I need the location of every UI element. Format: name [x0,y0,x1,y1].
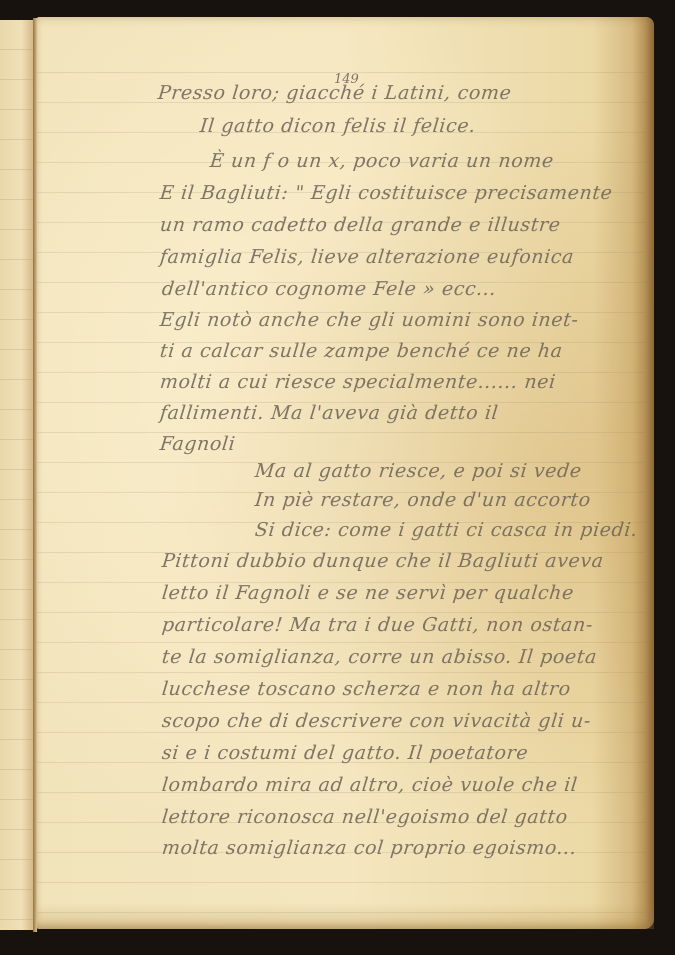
handwritten-line: Fagnoli [159,433,237,455]
handwritten-line: si e i costumi del gatto. Il poetatore [161,742,530,764]
handwritten-line: scopo che di descrivere con vivacità gli… [161,710,592,732]
handwritten-line: molti a cui riesce specialmente...... ne… [159,371,557,393]
handwritten-line: Ma al gatto riesce, e poi si vede [254,460,583,482]
handwritten-line: lombardo mira ad altro, cioè vuole che i… [161,774,579,796]
handwritten-line: molta somiglianza col proprio egoismo... [161,837,578,859]
handwritten-line: particolare! Ma tra i due Gatti, non ost… [161,614,594,636]
handwritten-line: E il Bagliuti: " Egli costituisce precis… [159,182,614,204]
handwritten-line: Presso loro; giacché i Latini, come [157,82,513,104]
handwritten-text-block: Presso loro; giacché i Latini, comeIl ga… [0,0,675,955]
handwritten-line: lettore riconosca nell'egoismo del gatto [161,806,569,828]
handwritten-line: Egli notò anche che gli uomini sono inet… [159,309,580,331]
handwritten-line: In piè restare, onde d'un accorto [254,489,592,511]
handwritten-line: lucchese toscano scherza e non ha altro [161,678,572,700]
handwritten-line: un ramo cadetto della grande e illustre [159,214,562,236]
handwritten-line: Si dice: come i gatti ci casca in piedi. [254,519,639,541]
handwritten-line: te la somiglianza, corre un abisso. Il p… [161,646,598,668]
handwritten-line: Pittoni dubbio dunque che il Bagliuti av… [161,550,605,572]
handwritten-line: dell'antico cognome Fele » ecc... [161,278,498,300]
handwritten-line: ti a calcar sulle zampe benché ce ne ha [159,340,564,362]
handwritten-line: fallimenti. Ma l'aveva già detto il [159,402,500,424]
handwritten-line: famiglia Felis, lieve alterazione eufoni… [159,246,575,268]
handwritten-line: Il gatto dicon felis il felice. [199,115,477,137]
handwritten-line: letto il Fagnoli e se ne servì per qualc… [161,582,575,604]
handwritten-line: È un f o un x, poco varia un nome [209,150,555,172]
